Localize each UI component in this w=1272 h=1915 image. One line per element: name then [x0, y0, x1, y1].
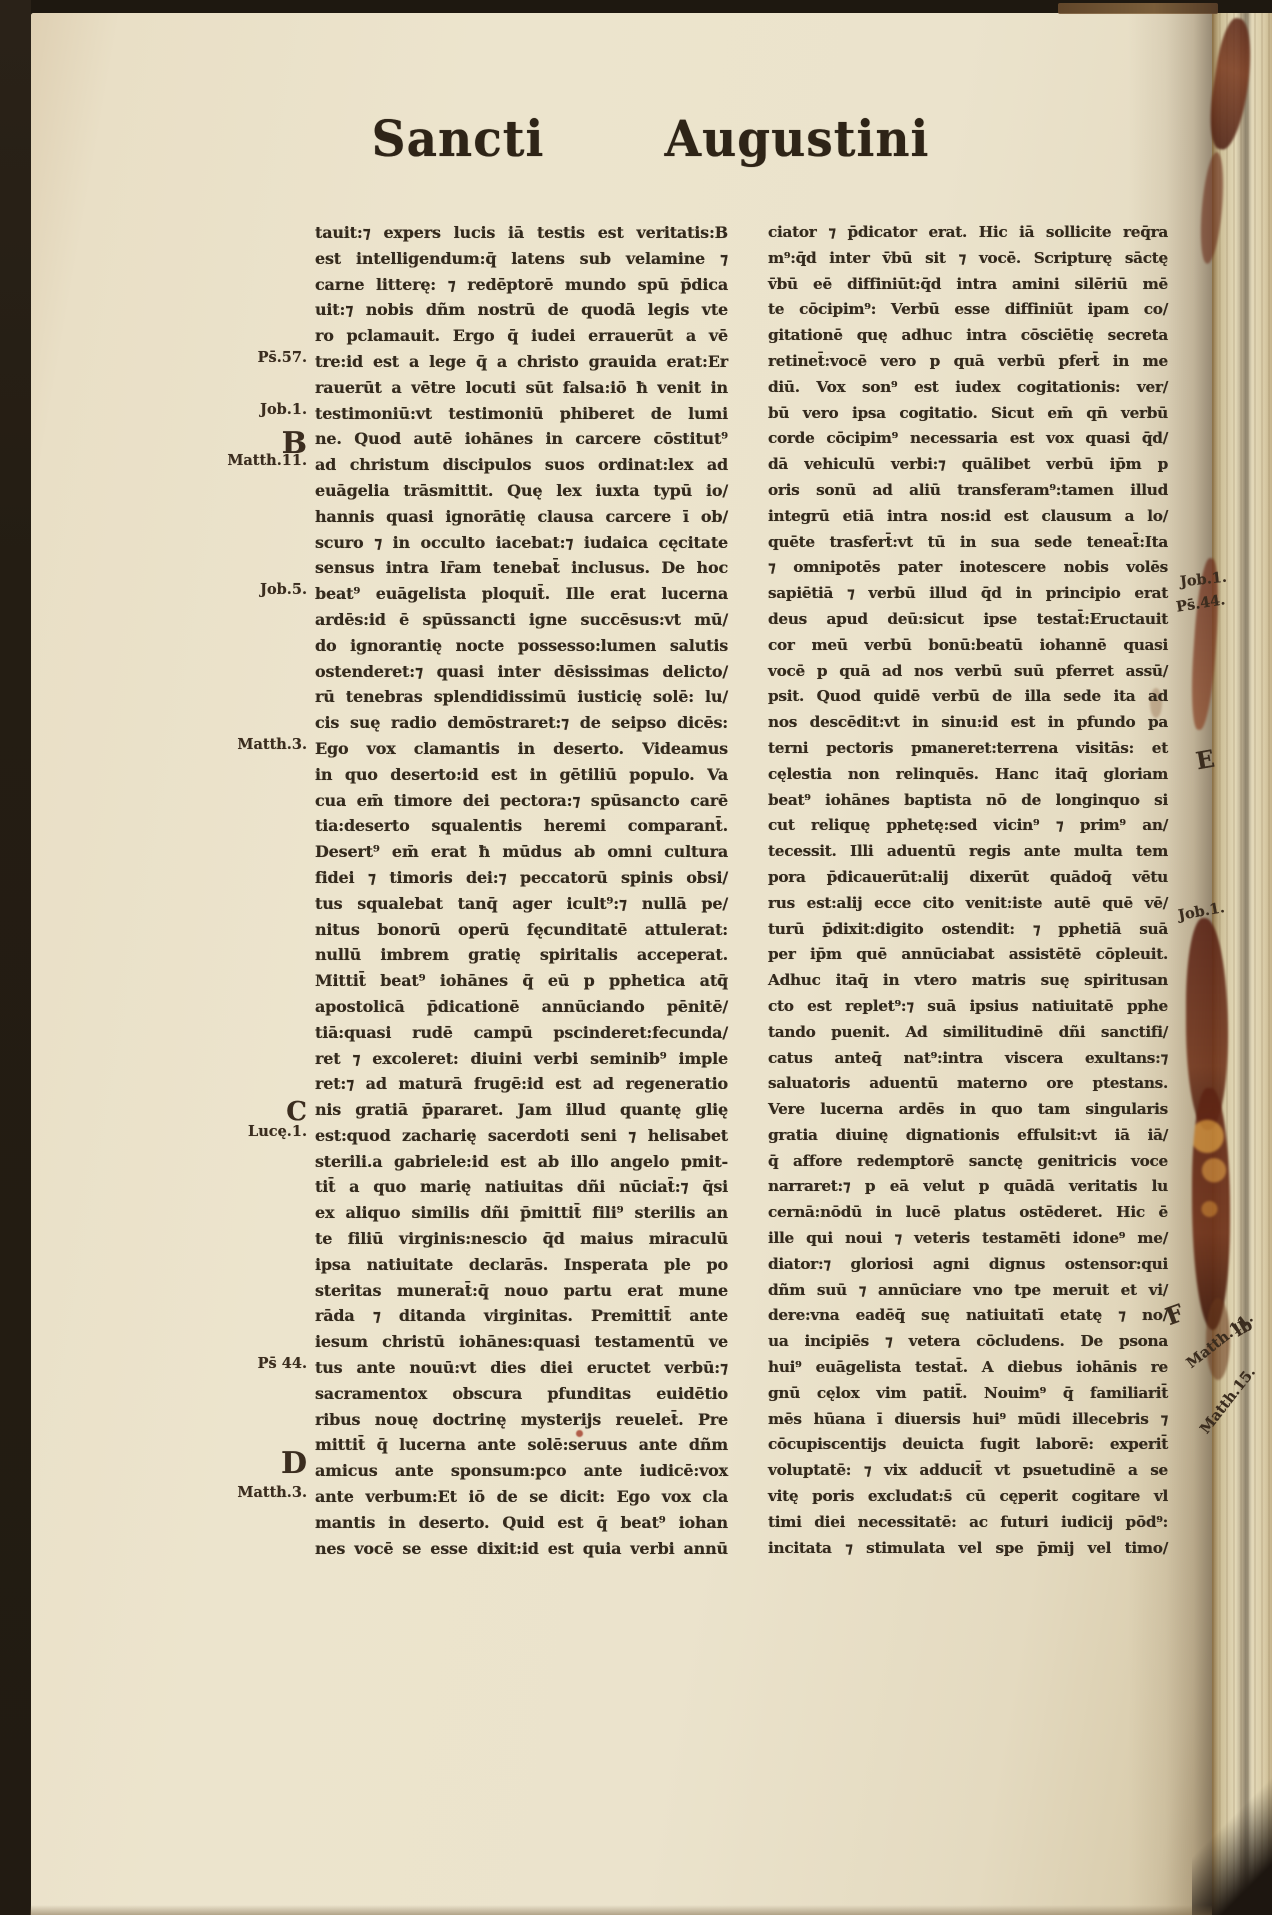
- text-line: vitę poris excludat:s̄ cū cęperit cogita…: [768, 1484, 1168, 1510]
- margin-note: Lucę.1.: [248, 1123, 307, 1140]
- text-line: ret:⁊ ad maturā frugē:id est ad regenera…: [315, 1071, 728, 1097]
- text-line: nitus bonorū operū fęcunditatē attulerat…: [315, 917, 728, 943]
- text-line: steritas munerat̄:q̄ nouo partu erat mun…: [315, 1278, 728, 1304]
- text-line: nullū imbrem gratię spiritalis acceperat…: [315, 942, 728, 968]
- text-line: vocē p quā ad nos verbū suū pferret assū…: [768, 659, 1168, 685]
- text-line: Vere lucerna ardēs in quo tam singularis: [768, 1097, 1168, 1123]
- text-line: mittit̄ q̄ lucerna ante solē:seruus ante…: [315, 1432, 728, 1458]
- text-line: integrū etiā intra nos:id est clausum a …: [768, 504, 1168, 530]
- text-line: amicus ante sponsum:pco ante iudicē:vox: [315, 1458, 728, 1484]
- text-line: ipsa natiuitate declarās. Insperata ple …: [315, 1252, 728, 1278]
- margin-note: Ps̄.57.: [258, 349, 307, 366]
- margin-note: Ps̄ 44.: [258, 1355, 307, 1372]
- text-line: do ignorantię nocte possesso:lumen salut…: [315, 633, 728, 659]
- text-line: ua incipiēs ⁊ vetera cōcludens. De psona: [768, 1329, 1168, 1355]
- text-column-left: tauit:⁊ expers lucis iā testis est verit…: [315, 220, 728, 1561]
- text-line: gratia diuinę dignationis effulsit:vt iā…: [768, 1123, 1168, 1149]
- text-line: tus squalebat tanq̄ ager icult⁹:⁊ nullā …: [315, 891, 728, 917]
- running-header-left: Sancti: [372, 110, 545, 168]
- text-line: rū tenebras splendidissimū iusticię solē…: [315, 684, 728, 710]
- margin-note: Matth.3.: [237, 1484, 307, 1501]
- margin-note: D: [281, 1446, 307, 1481]
- text-line: retinet̄:vocē vero p quā verbū pfert̄ in…: [768, 349, 1168, 375]
- text-line: ad christum discipulos suos ordinat:lex …: [315, 452, 728, 478]
- text-line: corde cōcipim⁹ necessaria est vox quasi …: [768, 426, 1168, 452]
- text-line: quēte trasfert̄:vt tū in sua sede teneat…: [768, 530, 1168, 556]
- text-line: bū vero ipsa cogitatio. Sicut em̄ qn̄ ve…: [768, 401, 1168, 427]
- text-line: Desert⁹ em̄ erat ħ mūdus ab omni cultura: [315, 839, 728, 865]
- text-line: Ego vox clamantis in deserto. Videamus: [315, 736, 728, 762]
- text-line: sacramentox obscura pfunditas euidētio: [315, 1381, 728, 1407]
- photo-left-edge: [0, 0, 31, 1915]
- text-line: diator:⁊ gloriosi agni dignus ostensor:q…: [768, 1252, 1168, 1278]
- page-stack-top-edge: [1058, 3, 1218, 14]
- text-line: ro pclamauit. Ergo q̄ iudei errauerūt a …: [315, 323, 728, 349]
- text-line: psit. Quod quidē verbū de illa sede ita …: [768, 684, 1168, 710]
- text-line: ostenderet:⁊ quasi inter dēsissimas deli…: [315, 659, 728, 685]
- text-line: rāda ⁊ ditanda virginitas. Premittit̄ an…: [315, 1303, 728, 1329]
- text-line: gitationē quę adhuc intra cōsciētię secr…: [768, 323, 1168, 349]
- text-line: rauerūt a vētre locuti sūt falsa:iō ħ ve…: [315, 375, 728, 401]
- text-line: est:quod zacharię sacerdoti seni ⁊ helis…: [315, 1123, 728, 1149]
- text-line: deus apud deū:sicut ipse testat̄:Eructau…: [768, 607, 1168, 633]
- margin-note: Job.5.: [260, 581, 307, 598]
- text-line: cut reliquę pphetę:sed vicin⁹ ⁊ prim⁹ an…: [768, 813, 1168, 839]
- text-line: ne. Quod autē iohānes in carcere cōstitu…: [315, 426, 728, 452]
- text-line: euāgelia trāsmittit. Quę lex iuxta typū …: [315, 478, 728, 504]
- text-line: scuro ⁊ in occulto iacebat:⁊ iudaica cęc…: [315, 530, 728, 556]
- text-line: dñm suū ⁊ annūciare vno tpe meruit et vi…: [768, 1278, 1168, 1304]
- text-line: beat⁹ iohānes baptista nō de longinquo s…: [768, 788, 1168, 814]
- text-line: terni pectoris pmaneret:terrena visitās:…: [768, 736, 1168, 762]
- text-line: ille qui noui ⁊ veteris testamēti idone⁹…: [768, 1226, 1168, 1252]
- text-line: tauit:⁊ expers lucis iā testis est verit…: [315, 220, 728, 246]
- text-line: narraret:⁊ p eā velut p quādā veritatis …: [768, 1174, 1168, 1200]
- text-line: voluptatē: ⁊ vix adducit̄ vt psuetudinē …: [768, 1458, 1168, 1484]
- text-line: beat⁹ euāgelista ploquit̄. Ille erat luc…: [315, 581, 728, 607]
- fore-edge-stain: [1192, 1088, 1230, 1330]
- text-line: nos descēdit:vt in sinu:id est in pfundo…: [768, 710, 1168, 736]
- text-line: incitata ⁊ stimulata vel spe p̄mij vel t…: [768, 1536, 1168, 1562]
- text-line: ciator ⁊ p̄dicator erat. Hic iā sollicit…: [768, 220, 1168, 246]
- text-line: fidei ⁊ timoris dei:⁊ peccatorū spinis o…: [315, 865, 728, 891]
- text-line: ribus nouę doctrinę mysterijs reuelet̄. …: [315, 1407, 728, 1433]
- text-line: tiā:quasi rudē campū pscinderet:fecunda/: [315, 1020, 728, 1046]
- leaf-gap-shadow: [1236, 0, 1252, 1915]
- text-line: saluatoris aduentū materno ore ptestans.: [768, 1071, 1168, 1097]
- photo-corner-shadow: [1192, 1765, 1272, 1915]
- text-line: cęlestia non relinquēs. Hanc itaq̄ glori…: [768, 762, 1168, 788]
- text-line: m⁹:q̄d inter v̄bū sit ⁊ vocē. Scripturę …: [768, 246, 1168, 272]
- text-line: oris sonū ad aliū transferam⁹:tamen illu…: [768, 478, 1168, 504]
- text-line: Mittit̄ beat⁹ iohānes q̄ eū p pphetica a…: [315, 968, 728, 994]
- text-line: ex aliquo similis dñi p̄mittit̄ fili⁹ st…: [315, 1200, 728, 1226]
- text-line: q̄ affore redemptorē sanctę genitricis v…: [768, 1149, 1168, 1175]
- text-line: mantis in deserto. Quid est q̄ beat⁹ ioh…: [315, 1510, 728, 1536]
- text-line: ante verbum:Et iō de se dicit: Ego vox c…: [315, 1484, 728, 1510]
- text-line: ardēs:id ē spūssancti igne succēsus:vt m…: [315, 607, 728, 633]
- text-line: timi diei necessitatē: ac futuri iudicij…: [768, 1510, 1168, 1536]
- margin-note: Matth.11.: [227, 452, 307, 469]
- text-line: te filiū virginis:nescio q̄d maius mirac…: [315, 1226, 728, 1252]
- text-line: tia:deserto squalentis heremi comparant̄…: [315, 813, 728, 839]
- text-line: testimoniū:vt testimoniū phiberet de lum…: [315, 401, 728, 427]
- text-line: dā vehiculū verbi:⁊ quālibet verbū ip̄m …: [768, 452, 1168, 478]
- margin-note: Job.1.: [260, 401, 307, 418]
- text-line: tando puenit. Ad similitudinē dñi sancti…: [768, 1020, 1168, 1046]
- text-line: in quo deserto:id est in gētiliū populo.…: [315, 762, 728, 788]
- text-line: cto est replet⁹:⁊ suā ipsius natiuitatē …: [768, 994, 1168, 1020]
- text-line: rus est:alij ecce cito venit:iste autē q…: [768, 891, 1168, 917]
- text-line: dere:vna eadēq̄ suę natiuitatī etatę ⁊ n…: [768, 1303, 1168, 1329]
- text-line: cua em̄ timore dei pectora:⁊ spūsancto c…: [315, 788, 728, 814]
- text-line: cernā:nōdū in lucē platus ostēderet. Hic…: [768, 1200, 1168, 1226]
- text-line: tit̄ a quo marię natiuitas dñi nūciat̄:⁊…: [315, 1174, 728, 1200]
- text-line: hannis quasi ignorātię clausa carcere ī …: [315, 504, 728, 530]
- text-line: mēs hūana ī diuersis hui⁹ mūdi illecebri…: [768, 1407, 1168, 1433]
- text-line: tus ante nouū:vt dies diei eructet verbū…: [315, 1355, 728, 1381]
- text-line: Adhuc itaq̄ in vtero matris suę spiritus…: [768, 968, 1168, 994]
- text-line: diū. Vox son⁹ est iudex cogitationis: ve…: [768, 375, 1168, 401]
- text-line: v̄bū eē diffiniūt:q̄d intra amini silēri…: [768, 272, 1168, 298]
- running-header-right: Augustini: [665, 110, 930, 168]
- text-line: hui⁹ euāgelista testat̄. A diebus iohāni…: [768, 1355, 1168, 1381]
- text-line: ⁊ omnipotēs pater inotescere nobis volēs: [768, 555, 1168, 581]
- text-column-right: ciator ⁊ p̄dicator erat. Hic iā sollicit…: [768, 220, 1168, 1561]
- text-line: turū p̄dixit:digito ostendit: ⁊ pphetiā …: [768, 917, 1168, 943]
- text-line: cōcupiscentijs deuicta fugit laborē: exp…: [768, 1432, 1168, 1458]
- text-line: tre:id est a lege q̄ a christo grauida e…: [315, 349, 728, 375]
- text-line: te cōcipim⁹: Verbū esse diffiniūt ipam c…: [768, 297, 1168, 323]
- text-line: uit:⁊ nobis dñm nostrū de quodā legis vt…: [315, 297, 728, 323]
- text-line: cor meū verbū bonū:beatū iohannē quasi: [768, 633, 1168, 659]
- text-line: est intelligendum:q̄ latens sub velamine…: [315, 246, 728, 272]
- text-line: carne litterę: ⁊ redēptorē mundo spū p̄d…: [315, 272, 728, 298]
- text-line: catus anteq̄ nat⁹:intra viscera exultans…: [768, 1046, 1168, 1072]
- text-line: ret ⁊ excoleret: diuini verbi seminib⁹ i…: [315, 1046, 728, 1072]
- text-line: iesum christū iohānes:quasi testamentū v…: [315, 1329, 728, 1355]
- text-line: tecessit. Illi aduentū regis ante multa …: [768, 839, 1168, 865]
- text-line: sterili.a gabriele:id est ab illo angelo…: [315, 1149, 728, 1175]
- text-line: sapiētiā ⁊ verbū illud q̄d in principio …: [768, 581, 1168, 607]
- text-line: cis suę radio demōstraret:⁊ de seipso di…: [315, 710, 728, 736]
- text-line: pora p̄dicauerūt:alij dixerūt quādoq̄ vē…: [768, 865, 1168, 891]
- leaf-bottom-shadow: [30, 1905, 1212, 1915]
- text-line: sensus intra lr̄am tenebat̄ inclusus. De…: [315, 555, 728, 581]
- text-line: nis gratiā p̄pararet. Jam illud quantę g…: [315, 1097, 728, 1123]
- book-photo: Sancti Augustini tauit:⁊ expers lucis iā…: [0, 0, 1272, 1915]
- text-line: nes vocē se esse dixit:id est quia verbi…: [315, 1536, 728, 1562]
- text-line: apostolicā p̄dicationē annūciando pēnitē…: [315, 994, 728, 1020]
- margin-note: Matth.3.: [237, 736, 307, 753]
- text-line: gnū cęlox vim patit̄. Nouim⁹ q̄ familiar…: [768, 1381, 1168, 1407]
- text-line: per ip̄m quē annūciabat assistētē cōpleu…: [768, 942, 1168, 968]
